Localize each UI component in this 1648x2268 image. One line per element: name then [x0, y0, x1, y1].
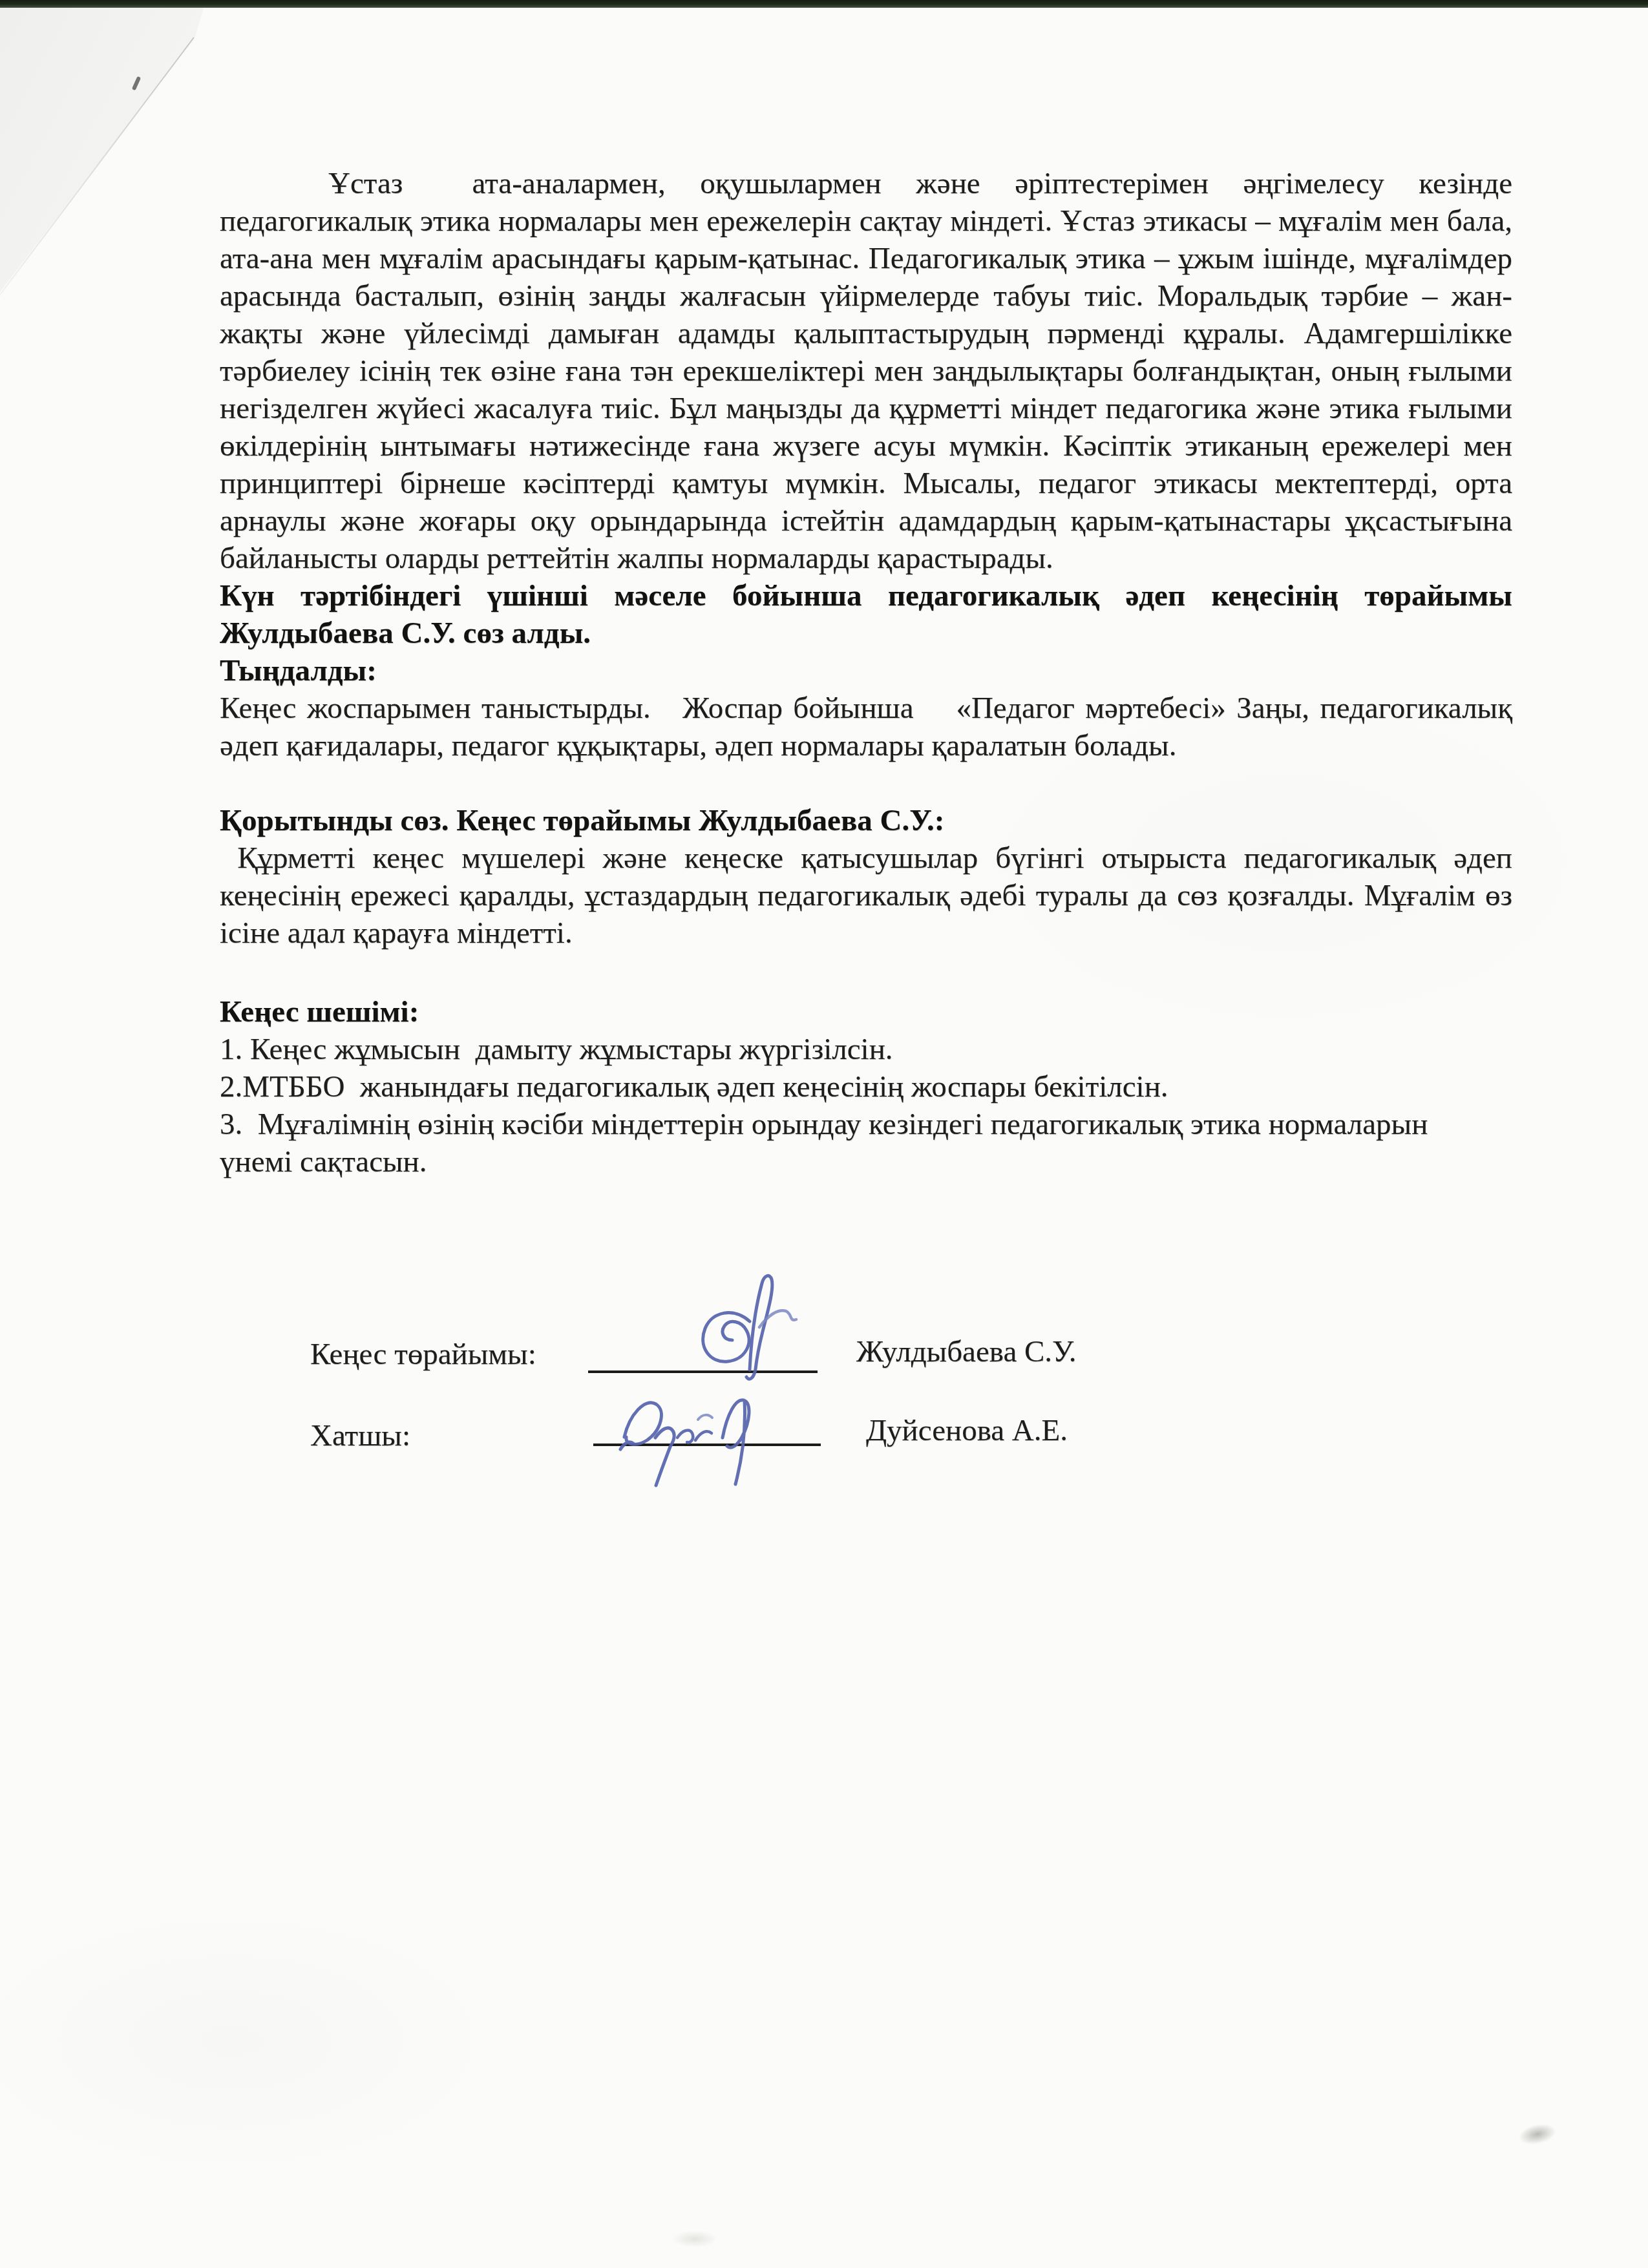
decision-heading: Кеңес шешімі:: [220, 993, 1512, 1031]
secretary-name: Дуйсенова А.Е.: [866, 1412, 1068, 1449]
decision-item-1: 1. Кеңес жұмысын дамыту жұмыстары жүргіз…: [220, 1031, 1512, 1068]
secretary-role-label: Хатшы:: [310, 1417, 410, 1454]
decision-item-3: 3. Мұғалімнің өзінің кәсіби міндеттерін …: [220, 1106, 1512, 1181]
agenda-heading: Күн тәртібіндегі үшінші мәселе бойынша п…: [220, 577, 1512, 652]
scan-smudge: [672, 2231, 717, 2247]
scanned-document-page: Ұстаз ата-аналармен, оқушылармен және әр…: [0, 0, 1648, 2268]
secretary-signature-ink: [615, 1374, 772, 1489]
chair-role-label: Кеңес төрайымы:: [310, 1336, 536, 1373]
conclusion-heading: Қорытынды сөз. Кеңес төрайымы Жулдыбаева…: [220, 802, 1512, 839]
chair-signature-ink: [686, 1271, 804, 1386]
signature-block: Кеңес төрайымы: Жулдыбаева С.У. Хатшы: Д…: [220, 1315, 1512, 1606]
conclusion-paragraph: Құрметті кеңес мүшелері және кеңеске қат…: [220, 839, 1512, 952]
page-corner-fold: [0, 8, 204, 292]
decision-item-2: 2.МТББО жанындағы педагогикалық әдеп кең…: [220, 1068, 1512, 1106]
scanner-edge-strip: [0, 0, 1648, 8]
chair-name: Жулдыбаева С.У.: [856, 1333, 1076, 1370]
document-body: Ұстаз ата-аналармен, оқушылармен және әр…: [220, 165, 1512, 1181]
intro-paragraph: Ұстаз ата-аналармен, оқушылармен және әр…: [220, 165, 1512, 577]
scan-smudge: [1517, 2121, 1558, 2147]
listened-heading: Тыңдалды:: [220, 652, 1512, 689]
listened-paragraph: Кеңес жоспарымен таныстырды. Жоспар бойы…: [220, 689, 1512, 764]
